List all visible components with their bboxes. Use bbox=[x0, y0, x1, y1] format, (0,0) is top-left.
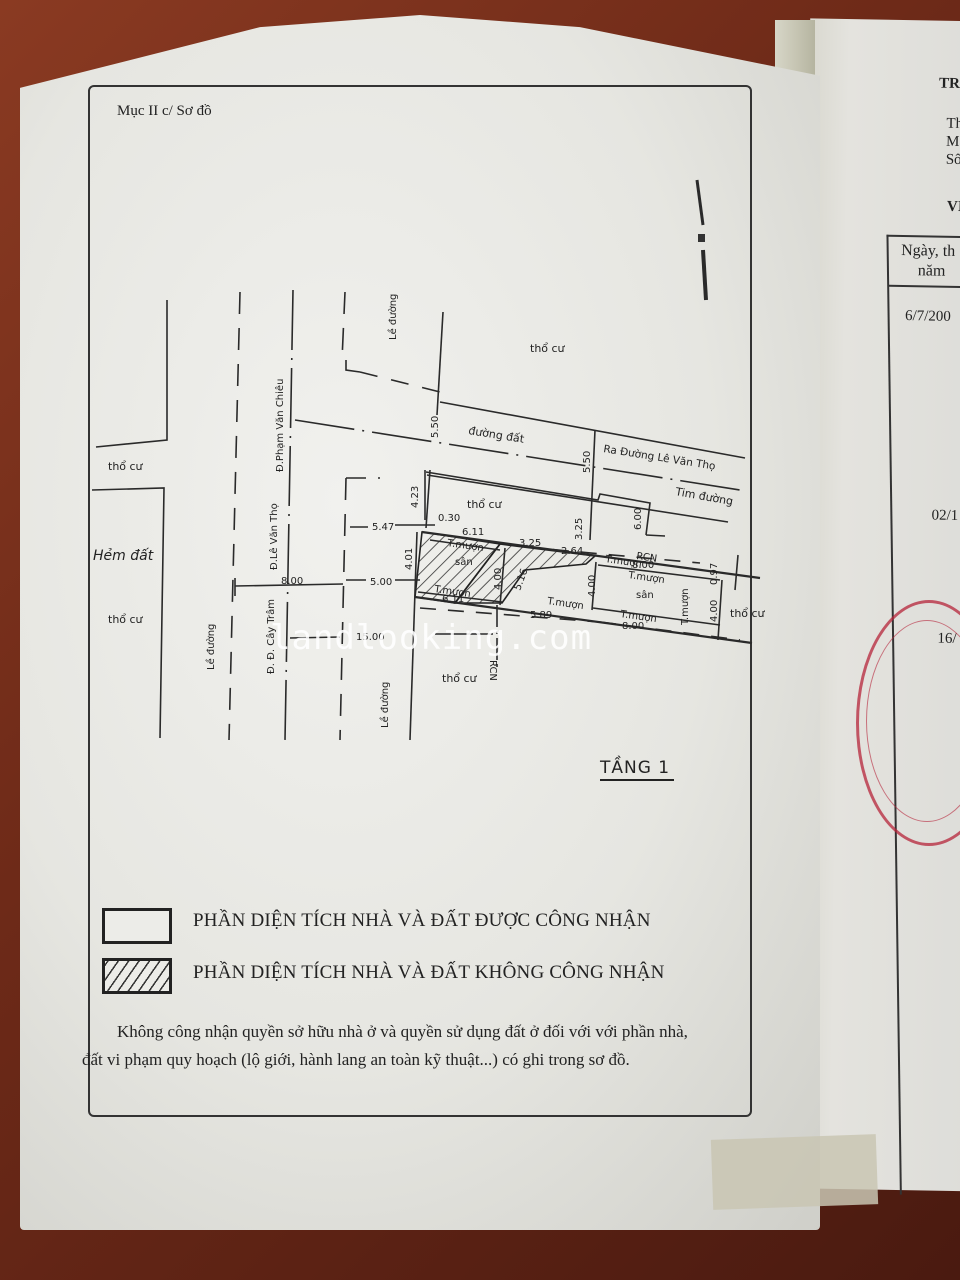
map-label: sân bbox=[455, 556, 473, 568]
legend-label-not-recognized: PHẦN DIỆN TÍCH NHÀ VÀ ĐẤT KHÔNG CÔNG NHẬ… bbox=[193, 962, 665, 984]
map-label-rcn: RCN bbox=[487, 660, 498, 681]
dimension-label: 4.00 bbox=[493, 568, 504, 590]
legend-swatch-recognized bbox=[102, 908, 172, 944]
dimension-label: 4.00 bbox=[587, 575, 598, 597]
note-line-2: đất vi phạm quy hoạch (lộ giới, hành lan… bbox=[82, 1050, 630, 1070]
dimension-label: 4.01 bbox=[404, 548, 415, 570]
map-label: thổ cư bbox=[530, 342, 566, 355]
adhesive-tape bbox=[711, 1134, 878, 1210]
map-label-duong-dat: đường đất bbox=[468, 424, 526, 446]
legend-swatch-not-recognized bbox=[102, 958, 172, 994]
dimension-label: 6.11 bbox=[462, 527, 484, 538]
map-label-le-duong: Lề đường bbox=[379, 682, 391, 728]
map-label: thổ cư bbox=[442, 672, 478, 685]
dimension-label: 3.25 bbox=[519, 538, 541, 549]
map-label-le-duong: Lề đường bbox=[205, 624, 217, 670]
map-label-ra-duong: Ra Đường Lê Văn Thọ bbox=[603, 443, 717, 473]
dimension-label: 2.64 bbox=[561, 546, 583, 557]
dimension-label: 4.00 bbox=[709, 600, 720, 622]
map-label-street: Đ.Lê Văn Thọ bbox=[268, 503, 280, 570]
map-label-street: Đ.Phạm Văn Chiêu bbox=[274, 379, 286, 472]
dimension-label: 8.00 bbox=[281, 576, 303, 587]
dimension-label: 8.00 bbox=[622, 621, 644, 632]
map-label: thổ cư bbox=[467, 498, 503, 511]
dimension-label: 0.30 bbox=[438, 513, 460, 524]
north-arrow-icon bbox=[697, 180, 703, 225]
dimension-label: 5.00 bbox=[370, 577, 392, 588]
dimension-label: 5.50 bbox=[582, 451, 593, 473]
floor-label: TẦNG 1 bbox=[600, 758, 674, 781]
dimension-label: 6.11 bbox=[442, 594, 464, 605]
map-label-hem-dat: Hẻm đất bbox=[93, 548, 154, 564]
dimension-label: 0.97 bbox=[709, 563, 720, 585]
watermark: landlooking.com bbox=[270, 618, 592, 658]
dimension-label: 4.23 bbox=[410, 486, 421, 508]
note-line-1: Không công nhận quyền sở hữu nhà ở và qu… bbox=[117, 1022, 688, 1042]
map-label: thổ cư bbox=[730, 607, 766, 620]
map-label: thổ cư bbox=[108, 613, 144, 626]
map-label: thổ cư bbox=[108, 460, 144, 473]
dimension-label: 6.00 bbox=[633, 508, 644, 530]
dimension-label: 5.47 bbox=[372, 522, 394, 533]
dimension-label: 3.25 bbox=[574, 518, 585, 540]
dimension-label: 5.50 bbox=[430, 416, 441, 438]
legend-label-recognized: PHẦN DIỆN TÍCH NHÀ VÀ ĐẤT ĐƯỢC CÔNG NHẬN bbox=[193, 910, 651, 932]
map-label-le-duong: Lề đường bbox=[387, 294, 399, 340]
map-label: T.mượn bbox=[680, 588, 691, 626]
dimension-label: 8.00 bbox=[632, 560, 654, 571]
map-label: sân bbox=[636, 589, 654, 601]
